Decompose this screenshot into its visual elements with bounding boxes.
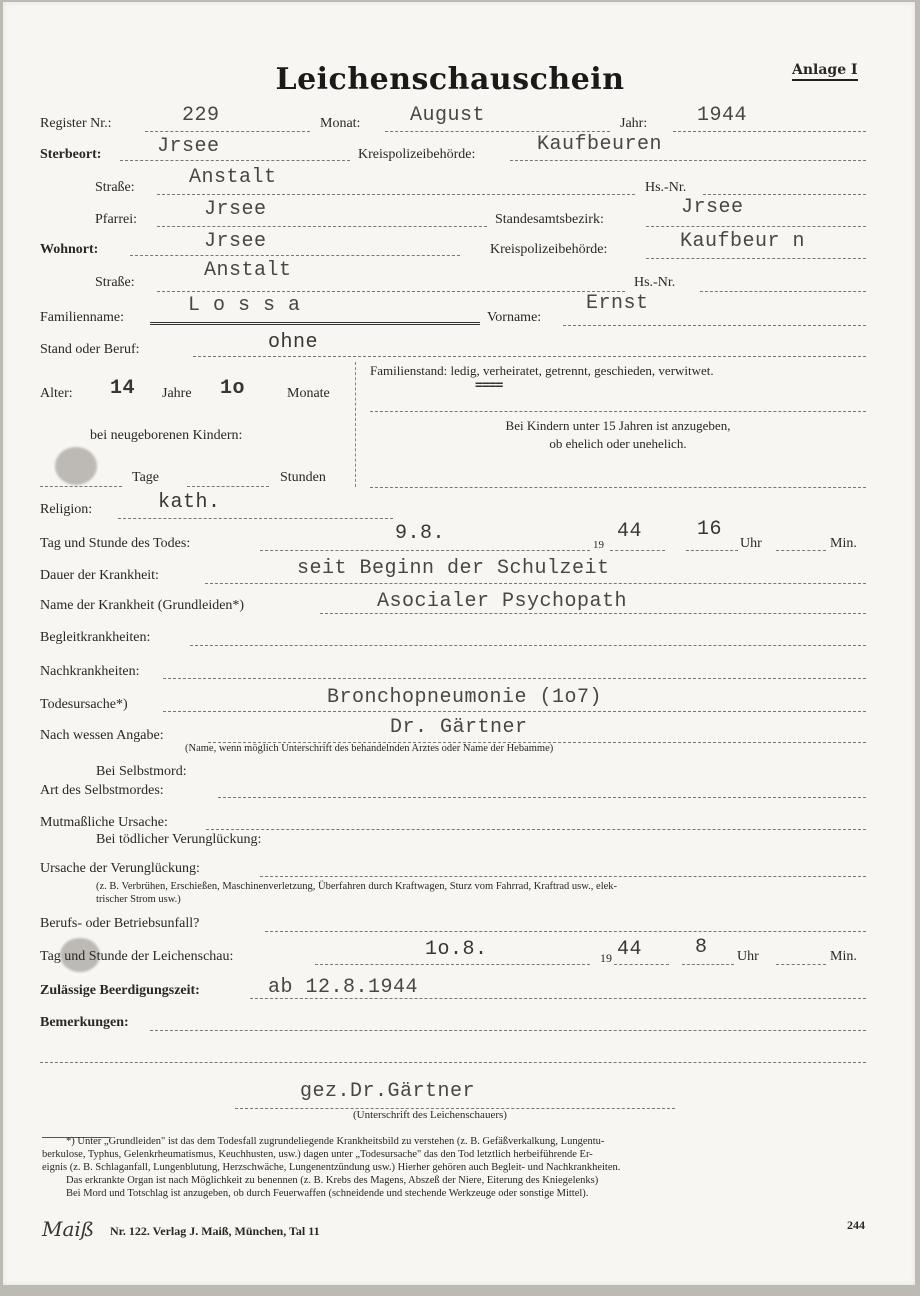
informant-label: Nach wessen Angabe: (40, 728, 164, 744)
death-street-value[interactable]: Anstalt (189, 166, 277, 189)
form-number: 244 (847, 1218, 865, 1233)
death-datetime-label: Tag und Stunde des Todes: (40, 536, 190, 552)
death-street-label: Straße: (95, 180, 135, 196)
death-police-value[interactable]: Kaufbeuren (537, 133, 662, 156)
register-label: Register Nr.: (40, 116, 112, 132)
signature-value[interactable]: gez.Dr.Gärtner (300, 1080, 475, 1103)
age-divider (355, 362, 356, 487)
death-hour-value[interactable]: 16 (697, 518, 722, 541)
residence-police-label: Kreispolizeibehörde: (490, 242, 607, 258)
firstname-line (563, 325, 866, 326)
death-place-value[interactable]: Jrsee (157, 135, 220, 158)
annex-label: Anlage I (792, 62, 858, 81)
death-date-line (260, 550, 590, 551)
death-police-label: Kreispolizeibehörde: (358, 147, 475, 163)
inspection-date-line (315, 964, 590, 965)
residence-street-label: Straße: (95, 275, 135, 291)
occupation-value[interactable]: ohne (268, 331, 318, 354)
religion-value[interactable]: kath. (158, 491, 221, 514)
duration-label: Dauer der Krankheit: (40, 568, 159, 584)
registry-label: Standesamtsbezirk: (495, 212, 604, 228)
work-accident-line (265, 931, 866, 932)
surname-label: Familienname: (40, 310, 124, 326)
residence-line (130, 255, 460, 256)
remarks-line-2 (40, 1062, 866, 1063)
presumed-cause-line (206, 829, 866, 830)
registry-value[interactable]: Jrsee (681, 196, 744, 219)
register-line (145, 131, 310, 132)
death-min-line (776, 550, 826, 551)
secondary-line (163, 678, 866, 679)
accident-examples-line1: (z. B. Verbrühen, Erschießen, Maschinenv… (96, 881, 617, 892)
suicide-heading: Bei Selbstmord: (96, 764, 187, 780)
children-note-line2: ob ehelich oder unehelich. (370, 436, 866, 452)
duration-value[interactable]: seit Beginn der Schulzeit (297, 557, 610, 580)
occupation-line (193, 356, 866, 357)
residence-street-line (157, 291, 625, 292)
accompanying-label: Begleitkrankheiten: (40, 630, 150, 646)
informant-note: (Name, wenn möglich Unterschrift des beh… (185, 743, 553, 754)
accompanying-line (190, 645, 866, 646)
hours-line (187, 486, 269, 487)
secondary-label: Nachkrankheiten: (40, 664, 140, 680)
children-note-line1: Bei Kindern unter 15 Jahren ist anzugebe… (370, 418, 866, 434)
registry-line (646, 226, 866, 227)
inspection-date-value[interactable]: 1o.8. (425, 938, 488, 961)
marital-line (370, 411, 866, 412)
remarks-label: Bemerkungen: (40, 1015, 129, 1031)
accident-cause-line (260, 876, 866, 877)
occupation-label: Stand oder Beruf: (40, 342, 140, 358)
residence-house-label: Hs.-Nr. (634, 275, 675, 291)
age-months-value[interactable]: 1o (220, 377, 245, 400)
suicide-type-label: Art des Selbstmordes: (40, 783, 164, 799)
disease-label: Name der Krankheit (Grundleiden*) (40, 598, 244, 614)
newborn-label: bei neugeborenen Kindern: (90, 428, 242, 444)
month-line (385, 131, 610, 132)
inspection-min-line (776, 964, 826, 965)
death-year-prefix: 19 (593, 539, 604, 551)
duration-line (205, 583, 866, 584)
inspection-hour-line (682, 964, 734, 965)
signature-note: (Unterschrift des Leichenschauers) (353, 1109, 507, 1121)
footnote-line2: berkulose, Typhus, Gelenkrheumatismus, K… (42, 1149, 593, 1162)
death-street-line (157, 194, 635, 195)
inspection-year-line (614, 964, 669, 965)
surname-line (150, 322, 480, 325)
death-hour-label: Uhr (740, 536, 762, 552)
publisher-logo: Maiß (42, 1217, 94, 1241)
inspection-datetime-label: Tag und Stunde der Leichenschau: (40, 949, 233, 965)
footnote-line4: Das erkrankte Organ ist nach Möglichkeit… (66, 1175, 598, 1188)
disease-line (320, 613, 866, 614)
inspection-min-label: Min. (830, 949, 857, 965)
firstname-value[interactable]: Ernst (586, 292, 649, 315)
informant-value[interactable]: Dr. Gärtner (390, 716, 528, 739)
register-value[interactable]: 229 (182, 104, 220, 127)
religion-line (118, 518, 393, 519)
legitimacy-line (370, 487, 866, 488)
year-value[interactable]: 1944 (697, 104, 747, 127)
month-value[interactable]: August (410, 104, 485, 127)
death-min-label: Min. (830, 536, 857, 552)
months-label: Monate (287, 386, 330, 402)
footnote-line1: *) Unter „Grundleiden" ist das dem Todes… (66, 1136, 604, 1149)
accident-examples-line2: trischer Strom usw.) (96, 894, 181, 905)
residence-street-value[interactable]: Anstalt (204, 259, 292, 282)
death-hour-line (686, 550, 738, 551)
death-house-line (703, 194, 866, 195)
years-label: Jahre (162, 386, 192, 402)
death-year-value[interactable]: 44 (617, 520, 642, 543)
year-line (673, 131, 866, 132)
month-label: Monat: (320, 116, 360, 132)
accident-cause-label: Ursache der Verunglückung: (40, 861, 200, 877)
inspection-hour-value[interactable]: 8 (695, 936, 708, 959)
death-police-line (510, 160, 866, 161)
days-label: Tage (132, 470, 159, 486)
death-date-value[interactable]: 9.8. (395, 522, 445, 545)
inspection-year-value[interactable]: 44 (617, 938, 642, 961)
residence-police-value[interactable]: Kaufbeur n (680, 230, 805, 253)
marital-mark: ==== (475, 378, 502, 393)
accident-heading: Bei tödlicher Verunglückung: (96, 832, 261, 848)
work-accident-label: Berufs- oder Betriebsunfall? (40, 916, 199, 932)
parish-line (157, 226, 487, 227)
cause-label: Todesursache*) (40, 697, 128, 713)
religion-label: Religion: (40, 502, 92, 518)
burial-label: Zulässige Beerdigungszeit: (40, 983, 200, 999)
inspection-hour-label: Uhr (737, 949, 759, 965)
residence-house-line (700, 291, 866, 292)
days-line (40, 486, 122, 487)
death-house-label: Hs.-Nr. (645, 180, 686, 196)
age-label: Alter: (40, 386, 73, 402)
inspection-year-prefix: 19 (600, 951, 612, 966)
residence-police-line (646, 258, 866, 259)
document-title: Leichenschauschein (0, 62, 900, 97)
presumed-cause-label: Mutmaßliche Ursache: (40, 815, 168, 831)
year-label: Jahr: (620, 116, 647, 132)
firstname-label: Vorname: (487, 310, 541, 326)
cause-value[interactable]: Bronchopneumonie (1o7) (327, 686, 602, 709)
burial-value[interactable]: ab 12.8.1944 (268, 976, 418, 999)
remarks-line-1 (150, 1030, 866, 1031)
footnote-line5: Bei Mord und Totschlag ist anzugeben, ob… (66, 1188, 588, 1201)
publisher-imprint: Nr. 122. Verlag J. Maiß, München, Tal 11 (110, 1224, 320, 1239)
footnote-line3: eignis (z. B. Schlaganfall, Lungenblutun… (42, 1162, 620, 1175)
stain-mark (55, 447, 97, 485)
age-years-value[interactable]: 14 (110, 377, 135, 400)
residence-value[interactable]: Jrsee (204, 230, 267, 253)
death-place-line (120, 160, 350, 161)
death-place-label: Sterbeort: (40, 147, 101, 163)
death-year-line (610, 550, 665, 551)
parish-label: Pfarrei: (95, 212, 137, 228)
residence-label: Wohnort: (40, 242, 98, 258)
cause-line (163, 711, 866, 712)
parish-value[interactable]: Jrsee (204, 198, 267, 221)
suicide-type-line (218, 797, 866, 798)
surname-value[interactable]: L o s s a (188, 294, 301, 317)
disease-value[interactable]: Asocialer Psychopath (377, 590, 627, 613)
hours-label: Stunden (280, 470, 326, 486)
marital-status-label: Familienstand: ledig, verheiratet, getre… (370, 363, 714, 379)
